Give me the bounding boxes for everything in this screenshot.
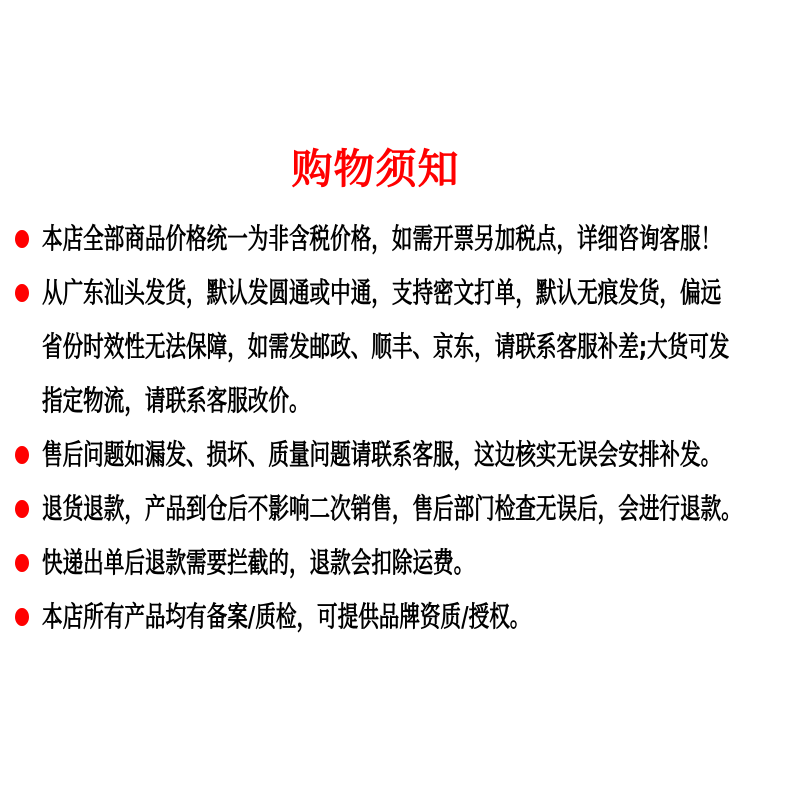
notice-text: 售后问题如漏发、损坏、质量问题请联系客服，这边核实无误会安排补发。 — [42, 428, 748, 482]
notice-list: 本店全部商品价格统一为非含税价格，如需开票另加税点，详细咨询客服！ 从广东汕头发… — [0, 212, 790, 644]
bullet-icon — [15, 500, 29, 518]
bullet-icon — [15, 608, 29, 626]
notice-text: 从广东汕头发货，默认发圆通或中通，支持密文打单，默认无痕发货，偏远 省份时效性无… — [42, 266, 748, 428]
notice-text: 本店所有产品均有备案/质检，可提供品牌资质/授权。 — [42, 590, 748, 644]
bullet-icon — [15, 554, 29, 572]
notice-item: 快递出单后退款需要拦截的，退款会扣除运费。 — [0, 536, 790, 590]
notice-item: 退货退款，产品到仓后不影响二次销售，售后部门检查无误后，会进行退款。 — [0, 482, 790, 536]
notice-item: 售后问题如漏发、损坏、质量问题请联系客服，这边核实无误会安排补发。 — [0, 428, 790, 482]
page-title: 购物须知 — [0, 149, 751, 190]
notice-text: 快递出单后退款需要拦截的，退款会扣除运费。 — [42, 536, 748, 590]
bullet-icon — [15, 446, 29, 464]
notice-item: 本店全部商品价格统一为非含税价格，如需开票另加税点，详细咨询客服！ — [0, 212, 790, 266]
bullet-icon — [15, 230, 29, 248]
notice-text: 退货退款，产品到仓后不影响二次销售，售后部门检查无误后，会进行退款。 — [42, 482, 748, 536]
shopping-notice-page: 购物须知 本店全部商品价格统一为非含税价格，如需开票另加税点，详细咨询客服！ 从… — [0, 0, 790, 790]
notice-item: 从广东汕头发货，默认发圆通或中通，支持密文打单，默认无痕发货，偏远 省份时效性无… — [0, 266, 790, 428]
notice-item: 本店所有产品均有备案/质检，可提供品牌资质/授权。 — [0, 590, 790, 644]
notice-text: 本店全部商品价格统一为非含税价格，如需开票另加税点，详细咨询客服！ — [42, 212, 748, 266]
bullet-icon — [15, 284, 29, 302]
